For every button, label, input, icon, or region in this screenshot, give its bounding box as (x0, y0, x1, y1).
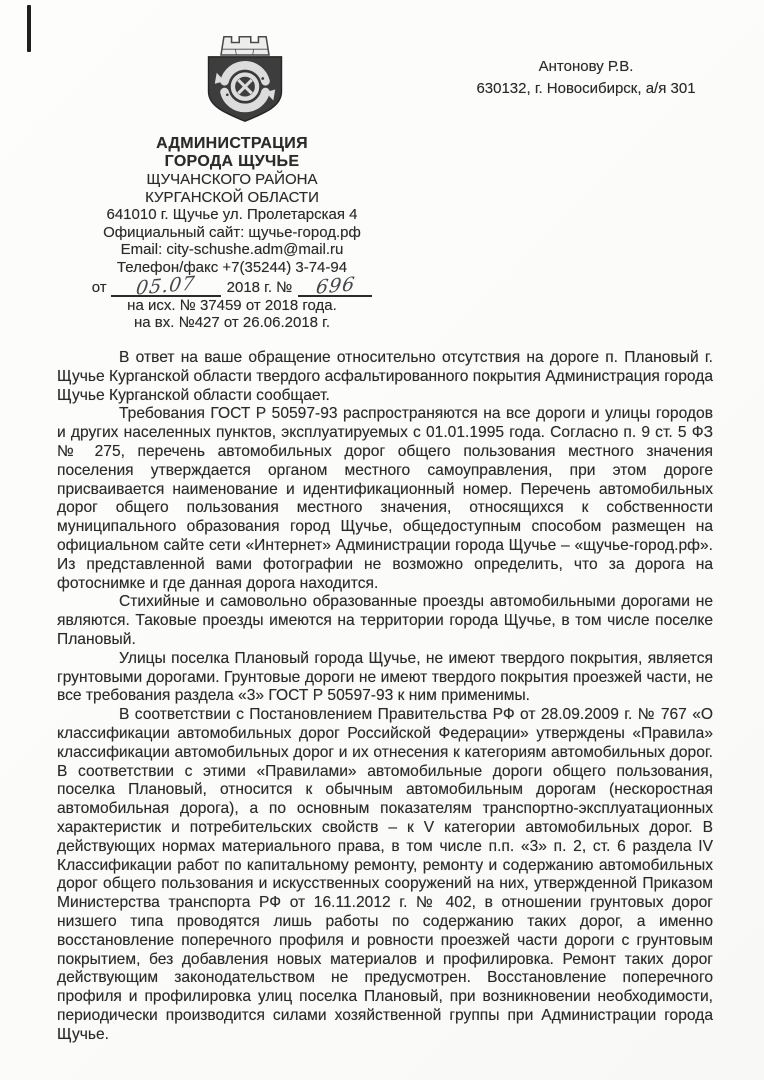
org-name-line-1: АДМИНИСТРАЦИЯ (38, 135, 426, 153)
date-suffix-label: 2018 г. № (227, 279, 293, 296)
scan-artifact-mark (27, 5, 31, 52)
org-name-line-3: ЩУЧАНСКОГО РАЙОНА (38, 171, 426, 189)
paragraph-5: В соответствии с Постановлением Правител… (57, 706, 713, 1044)
paragraph-4: Улицы поселка Плановый города Щучье, не … (57, 650, 713, 706)
handwritten-date: 05.07 (135, 274, 197, 298)
letterhead: АДМИНИСТРАЦИЯ ГОРОДА ЩУЧЬЕ ЩУЧАНСКОГО РА… (38, 30, 426, 332)
org-postal-address: 641010 г. Щучье ул. Пролетарская 4 (38, 206, 426, 224)
coat-of-arms-icon (166, 30, 298, 131)
org-phone: Телефон/факс +7(35244) 3-74-94 (38, 259, 426, 277)
recipient-name: Антонову Р.В. (430, 56, 742, 78)
outgoing-reference: на исх. № 37459 от 2018 года. (38, 297, 426, 315)
org-name-line-2: ГОРОДА ЩУЧЬЕ (38, 153, 426, 171)
date-blank-line: 05.07 (111, 278, 221, 297)
date-prefix-label: от (92, 279, 107, 296)
incoming-reference: на вх. №427 от 26.06.2018 г. (38, 314, 426, 332)
mural-crown-icon (221, 37, 269, 55)
recipient-block: Антонову Р.В. 630132, г. Новосибирск, а/… (430, 56, 742, 99)
central-wheel (230, 72, 260, 102)
org-website: Официальный сайт: щучье-город.рф (38, 224, 426, 242)
handwritten-number: 696 (315, 275, 356, 298)
number-blank-line: 696 (298, 278, 372, 297)
paragraph-3: Стихийные и самовольно образованные прое… (57, 593, 713, 649)
org-email: Email: city-schushe.adm@mail.ru (38, 241, 426, 259)
paragraph-2: Требования ГОСТ Р 50597-93 распространяю… (57, 405, 713, 593)
recipient-address: 630132, г. Новосибирск, а/я 301 (430, 78, 742, 100)
org-name-line-4: КУРГАНСКОЙ ОБЛАСТИ (38, 189, 426, 207)
scanned-letter-page: АДМИНИСТРАЦИЯ ГОРОДА ЩУЧЬЕ ЩУЧАНСКОГО РА… (0, 0, 764, 1080)
letter-body: В ответ на ваше обращение относительно о… (57, 349, 713, 1044)
date-number-line: от05.072018 г. №696 (38, 278, 426, 297)
paragraph-1: В ответ на ваше обращение относительно о… (57, 349, 713, 405)
